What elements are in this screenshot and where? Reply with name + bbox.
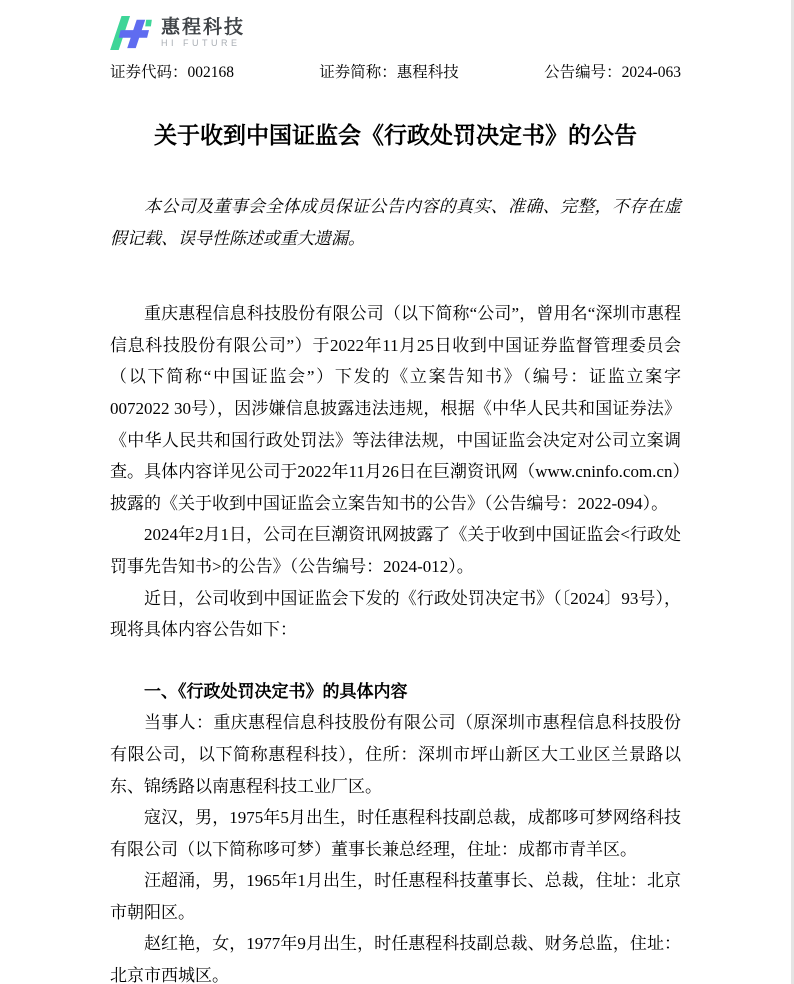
stock-info-row: 证券代码：002168 证券简称：惠程科技 公告编号：2024-063	[110, 63, 681, 83]
paragraph-decision-received: 近日，公司收到中国证监会下发的《行政处罚决定书》（〔2024〕93号），现将具体…	[110, 583, 681, 646]
logo-company-name: 惠程科技	[161, 17, 245, 38]
section-one-heading: 一、《行政处罚决定书》的具体内容	[110, 676, 681, 708]
announcement-body: 重庆惠程信息科技股份有限公司（以下简称“公司”，曾用名“深圳市惠程信息科技股份有…	[110, 298, 681, 984]
company-logo: 惠程科技 HI FUTURE	[110, 12, 681, 54]
logo-wordmark: 惠程科技 HI FUTURE	[161, 17, 245, 49]
paragraph-parties-company: 当事人：重庆惠程信息科技股份有限公司（原深圳市惠程信息科技股份有限公司，以下简称…	[110, 707, 681, 802]
integrity-statement: 本公司及董事会全体成员保证公告内容的真实、准确、完整，不存在虚假记载、误导性陈述…	[110, 191, 681, 254]
stock-short-name: 证券简称：惠程科技	[319, 63, 459, 83]
paragraph-person-wang-chaoyong: 汪超涌，男，1965年1月出生，时任惠程科技董事长、总裁，住址：北京市朝阳区。	[110, 865, 681, 928]
logo-brand-name: HI FUTURE	[161, 38, 245, 49]
stock-code: 证券代码：002168	[110, 63, 234, 83]
announcement-page: 惠程科技 HI FUTURE 证券代码：002168 证券简称：惠程科技 公告编…	[0, 0, 794, 984]
announcement-title: 关于收到中国证监会《行政处罚决定书》的公告	[110, 121, 681, 149]
document-header: 惠程科技 HI FUTURE 证券代码：002168 证券简称：惠程科技 公告编…	[110, 12, 681, 83]
hifuture-logo-icon	[110, 15, 152, 51]
paragraph-case-filing-notice: 重庆惠程信息科技股份有限公司（以下简称“公司”，曾用名“深圳市惠程信息科技股份有…	[110, 298, 681, 519]
paragraph-prior-notification: 2024年2月1日，公司在巨潮资讯网披露了《关于收到中国证监会<行政处罚事先告知…	[110, 519, 681, 582]
paragraph-person-zhao-hongyan: 赵红艳，女，1977年9月出生，时任惠程科技副总裁、财务总监，住址：北京市西城区…	[110, 928, 681, 984]
announcement-number: 公告编号：2024-063	[544, 63, 681, 83]
paragraph-person-kou-han: 寇汉，男，1975年5月出生，时任惠程科技副总裁，成都哆可梦网络科技有限公司（以…	[110, 802, 681, 865]
